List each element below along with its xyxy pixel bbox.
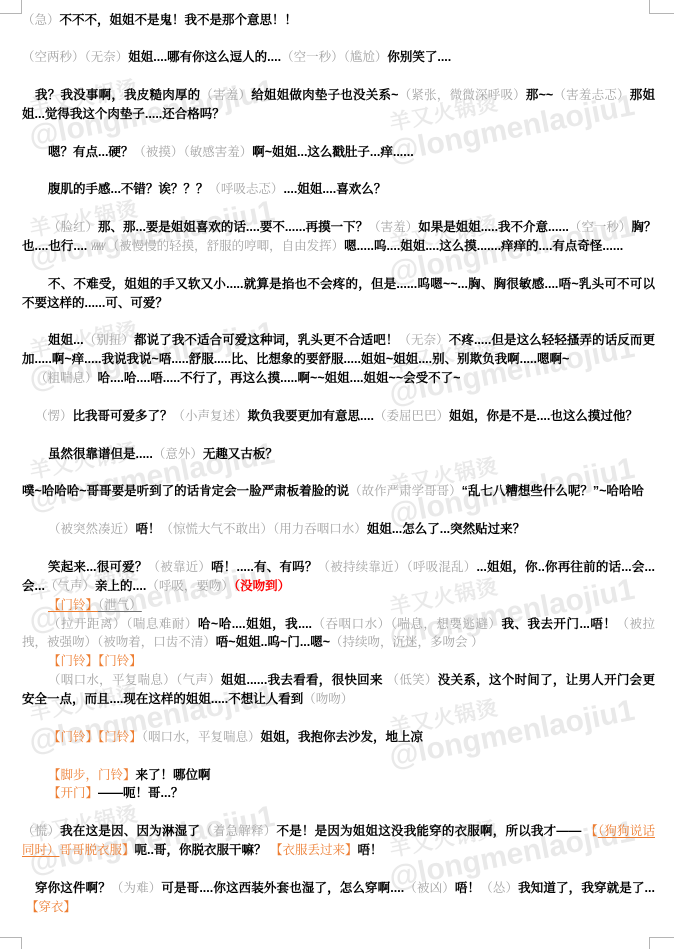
- script-line: （急）不不不，姐姐不是鬼！我不是那个意思！！: [22, 11, 655, 30]
- stage-direction: （为难）: [111, 881, 162, 895]
- dialogue-text: 唔！.....有、有吗？: [211, 560, 317, 574]
- stage-direction: （被慢慢的轻摸，舒服的哼唧，自由发挥）: [107, 239, 345, 253]
- script-line: 安全一点，而且....现在这样的姐姐.....不想让人看到（吻吻）: [22, 690, 655, 709]
- script-line: 拽，被强吻）（被吻着，口齿不清）唔~姐姐..呜~门...嗯~（持续吻，沉迷，多吻…: [22, 633, 655, 652]
- squiggle-mark: \/\/\/\/\/: [91, 242, 107, 253]
- stage-direction: （被突然凑近）: [48, 522, 136, 536]
- dialogue-text: 可是哥....你这西装外套也湿了，怎么穿啊....: [161, 881, 404, 895]
- dialogue-text: 我？我没事啊，我皮糙肉厚的: [35, 88, 200, 102]
- dialogue-text: ...姐姐，你..你再往前的话...会...: [476, 560, 655, 574]
- stage-direction: （慌）: [22, 824, 60, 838]
- stage-direction: （急）: [22, 13, 60, 27]
- dialogue-text: 如果是姐姐.....我不介意......: [418, 220, 569, 234]
- script-line: 笑起来...很可爱？（被靠近）唔！.....有、有吗？（被持续靠近）（呼吸混乱）…: [22, 558, 655, 577]
- script-paragraph: （空两秒）（无奈）姐姐....哪有你这么逗人的....（空一秒）（尴尬）你别笑了…: [22, 48, 655, 67]
- script-line: （脸红）那、那...要是姐姐喜欢的话....要不......再摸一下？（害羞）如…: [22, 218, 655, 237]
- stage-direction: （惊慌大气不敢出）: [161, 522, 274, 536]
- stage-direction: （怂）: [480, 881, 518, 895]
- stage-direction: （被持续靠近）: [318, 560, 407, 574]
- page-corner-mark-bottom-right: [649, 937, 674, 949]
- script-line: （空两秒）（无奈）姐姐....哪有你这么逗人的....（空一秒）（尴尬）你别笑了…: [22, 48, 655, 67]
- stage-direction: （空两秒）: [22, 50, 85, 64]
- stage-direction: （持续吻，沉迷，多吻会 ）: [330, 635, 483, 649]
- stage-direction: （委屈巴巴）: [374, 409, 449, 423]
- script-line: （被突然凑近）唔！（惊慌大气不敢出）（用力吞咽口水）姐姐...怎么了...突然贴…: [22, 520, 655, 539]
- script-paragraph: （脸红）那、那...要是姐姐喜欢的话....要不......再摸一下？（害羞）如…: [22, 218, 655, 256]
- script-line: 不要这样的......可、可爱？: [22, 294, 655, 313]
- dialogue-text: 虽然很靠谱但是.....: [48, 447, 153, 461]
- script-paragraph: 嗯？有点...硬？（被摸）（敏感害羞）啊~姐姐...这么戳肚子...痒.....…: [22, 143, 655, 162]
- dialogue-text: 哈....哈....唔.....不行了，再这么摸.....啊~~姐姐....姐姐…: [98, 371, 461, 385]
- dialogue-text: 无趣又古板？: [203, 447, 278, 461]
- dialogue-text: 穿你这件啊？: [35, 881, 111, 895]
- dialogue-text: 姐...觉得我这个肉垫子.....还合格吗？: [22, 107, 225, 121]
- script-paragraph: 【脚步，门铃】来了！哪位啊 【开门】——呃！哥...？: [22, 766, 655, 804]
- script-line: 【门铃】（泄气）: [22, 596, 655, 615]
- script-line: 姐姐...（别扭）都说了我不适合可爱这种词，乳头更不合适吧！（无奈）不疼....…: [22, 331, 655, 350]
- stage-direction: （愣）: [35, 409, 73, 423]
- page-corner-mark-bottom-left: [0, 937, 22, 949]
- stage-direction: （脸红）: [48, 220, 98, 234]
- stage-direction: （意外）: [153, 447, 203, 461]
- dialogue-text: 姐姐....哪有你这么逗人的....: [128, 50, 281, 64]
- dialogue-text: 你别笑了....: [387, 50, 451, 64]
- stage-direction: （小声复述）: [173, 409, 248, 423]
- dialogue-text: 给姐姐做肉垫子也没关系~: [251, 88, 398, 102]
- stage-direction: （被靠近）: [148, 560, 212, 574]
- dialogue-text: 安全一点，而且....现在这样的姐姐.....不想让人看到: [22, 692, 303, 706]
- dialogue-text: 加.....啊~痒.....我说我说~唔.....舒服.....比、比想象的要舒…: [22, 352, 569, 366]
- script-line: 腹肌的手感...不错？诶？？？（呼吸忐忑）....姐姐....喜欢么？: [22, 180, 655, 199]
- dialogue-text: 腹肌的手感...不错？诶？？？: [48, 182, 208, 196]
- script-paragraph: 【门铃】【门铃】（咽口水，平复喘息）姐姐，我抱你去沙发，地上凉: [22, 728, 655, 747]
- script-paragraph: 我？我没事啊，我皮糙肉厚的（害羞）给姐姐做肉垫子也没关系~（紧张，微微深呼吸）那…: [22, 86, 655, 124]
- stage-direction: （着急解释）: [200, 824, 276, 838]
- dialogue-text: 姐姐...怎么了...突然贴过来？: [367, 522, 525, 536]
- dialogue-text: 唔~姐姐..呜~门...嗯~: [216, 635, 330, 649]
- stage-direction: （害羞）: [200, 88, 251, 102]
- sound-effect-cue: 【门铃】: [98, 654, 142, 668]
- dialogue-text: 不不不，姐姐不是鬼！我不是那个意思！！: [60, 13, 298, 27]
- stage-direction: （呼吸，要吻）: [146, 579, 234, 593]
- dialogue-text: 来了！哪位啊: [136, 768, 211, 782]
- dialogue-text: ....姐姐....喜欢么？: [283, 182, 386, 196]
- sound-effect-cue: 【开门】: [48, 786, 98, 800]
- script-line: 虽然很靠谱但是.....（意外）无趣又古板？: [22, 445, 655, 464]
- dialogue-text: 不疼.....但是这么轻轻搔弄的话反而更: [449, 333, 655, 347]
- script-paragraph: （慌）我在这是因、因为淋湿了（着急解释）不是！是因为姐姐这没我能穿的衣服啊，所以…: [22, 822, 655, 860]
- script-line: 我？我没事啊，我皮糙肉厚的（害羞）给姐姐做肉垫子也没关系~（紧张，微微深呼吸）那…: [22, 86, 655, 105]
- stage-direction: （粗喘息）: [35, 371, 98, 385]
- dialogue-text: 不是！是因为姐姐这没我能穿的衣服啊，所以我才——: [276, 824, 585, 838]
- stage-direction: （空一秒）: [281, 50, 344, 64]
- dialogue-text: 都说了我不适合可爱这种词，乳头更不合适吧！: [134, 333, 398, 347]
- dialogue-text: 那、那...要是姐姐喜欢的话....要不......再摸一下？: [98, 220, 368, 234]
- script-paragraph: 噗~哈哈哈~哥哥要是听到了的话肯定会一脸严肃板着脸的说（故作严肃学哥哥）“乱七八…: [22, 482, 655, 501]
- dialogue-text: 也....也行....: [22, 239, 91, 253]
- sound-effect-cue: （狗狗说话: [598, 824, 655, 838]
- dialogue-text: 不、不难受，姐姐的手又软又小.....就算是掐也不会疼的，但是......呜嗯~…: [48, 277, 655, 291]
- stage-direction: （无奈）: [398, 333, 448, 347]
- sound-effect-cue: 【门铃】: [98, 730, 142, 744]
- dialogue-text: 姐姐......我去看看，很快回来: [221, 673, 387, 687]
- dialogue-text: 唔！: [136, 522, 161, 536]
- script-paragraph: （愣）比我哥可爱多了？（小声复述）欺负我要更加有意思....（委屈巴巴）姐姐，你…: [22, 407, 655, 426]
- stage-direction: （被吻着，口齿不清）: [97, 635, 216, 649]
- dialogue-text: 没关系，这个时间了，让男人开门会更: [438, 673, 655, 687]
- script-body: （急）不不不，姐姐不是鬼！我不是那个意思！！ （空两秒）（无奈）姐姐....哪有…: [22, 11, 655, 936]
- stage-direction: （被摸）: [133, 145, 183, 159]
- dialogue-text: 唔！: [357, 843, 382, 857]
- stage-direction: （用力吞咽口水）: [273, 522, 367, 536]
- stage-direction: 拽，被强吻）: [22, 635, 97, 649]
- stage-direction: （呼吸忐忑）: [208, 182, 283, 196]
- sound-effect-cue: 【脚步，门铃】: [48, 768, 136, 782]
- script-paragraph: 腹肌的手感...不错？诶？？？（呼吸忐忑）....姐姐....喜欢么？: [22, 180, 655, 199]
- dialogue-text: 噗~哈哈哈~哥哥要是听到了的话肯定会一脸严肃板着脸的说: [22, 484, 349, 498]
- script-line: （拉开距离）（喘息难耐）哈~哈....姐姐，我....（吞咽口水）（喘息，想要逃…: [22, 615, 655, 634]
- script-line: 【开门】——呃！哥...？: [22, 784, 655, 803]
- document-page: 羊又火锅烫@longmenlaojiu1 羊又火锅烫@longmenlaojiu…: [0, 0, 674, 949]
- stage-direction: （尴尬）: [344, 50, 388, 64]
- script-paragraph: 不、不难受，姐姐的手又软又小.....就算是掐也不会疼的，但是......呜嗯~…: [22, 275, 655, 313]
- dialogue-text: 姐姐...: [48, 333, 84, 347]
- stage-direction: （空一秒）: [569, 220, 632, 234]
- dialogue-text: 不要这样的......可、可爱？: [22, 296, 168, 310]
- dialogue-text: 那姐: [630, 88, 655, 102]
- script-line: 也....也行.... \/\/\/\/\/（被慢慢的轻摸，舒服的哼唧，自由发挥…: [22, 237, 655, 256]
- stage-direction: （气声）: [45, 579, 95, 593]
- dialogue-text: 姐姐，我抱你去沙发，地上凉: [261, 730, 424, 744]
- sound-effect-cue: 【门铃】: [48, 730, 98, 744]
- dialogue-text: “乱七八糟想些什么呢？”~哈哈哈: [462, 484, 644, 498]
- stage-direction: （吞咽口水）: [312, 617, 391, 631]
- dialogue-text: 欺负我要更加有意思....: [248, 409, 374, 423]
- script-paragraph: （被突然凑近）唔！（惊慌大气不敢出）（用力吞咽口水）姐姐...怎么了...突然贴…: [22, 520, 655, 539]
- emphasis-note: （没吻到）: [234, 579, 290, 593]
- stage-direction: （低笑）: [387, 673, 438, 687]
- dialogue-text: ——呃！哥...？: [98, 786, 183, 800]
- stage-direction: （拉开距离）: [48, 617, 126, 631]
- script-line: （粗喘息）哈....哈....唔.....不行了，再这么摸.....啊~~姐姐.…: [22, 369, 655, 388]
- script-line: 【穿衣】: [22, 898, 655, 917]
- script-line: 嗯？有点...硬？（被摸）（敏感害羞）啊~姐姐...这么戳肚子...痒.....…: [22, 143, 655, 162]
- stage-direction: （被凶）: [404, 881, 455, 895]
- script-line: 同时）哥哥脱衣服】呃..哥，你脱衣服干嘛？ 【衣服丢过来】唔！: [22, 841, 655, 860]
- stage-direction: （无奈）: [85, 50, 129, 64]
- script-line: 不、不难受，姐姐的手又软又小.....就算是掐也不会疼的，但是......呜嗯~…: [22, 275, 655, 294]
- page-corner-mark-top-left: [0, 0, 22, 14]
- dialogue-text: 哈~哈....姐姐，我....: [198, 617, 312, 631]
- script-line: （愣）比我哥可爱多了？（小声复述）欺负我要更加有意思....（委屈巴巴）姐姐，你…: [22, 407, 655, 426]
- stage-direction: （害羞忐忑）: [553, 88, 630, 102]
- script-line: 【门铃】【门铃】: [22, 652, 655, 671]
- stage-direction: （敏感害羞）: [183, 145, 252, 159]
- stage-direction: （喘息难耐）: [126, 617, 198, 631]
- dialogue-text: 会...: [22, 579, 45, 593]
- dialogue-text: 呃..哥，你脱衣服干嘛？: [135, 843, 270, 857]
- dialogue-text: 唔！: [455, 881, 480, 895]
- sound-effect-cue: 【门铃】: [48, 598, 98, 612]
- script-line: 噗~哈哈哈~哥哥要是听到了的话肯定会一脸严肃板着脸的说（故作严肃学哥哥）“乱七八…: [22, 482, 655, 501]
- script-line: （咽口水，平复喘息）（气声）姐姐......我去看看，很快回来 （低笑）没关系，…: [22, 671, 655, 690]
- dialogue-text: 我知道了，我穿就是了...: [518, 881, 655, 895]
- script-line: 穿你这件啊？（为难）可是哥....你这西装外套也湿了，怎么穿啊....（被凶）唔…: [22, 879, 655, 898]
- script-paragraph: 姐姐...（别扭）都说了我不适合可爱这种词，乳头更不合适吧！（无奈）不疼....…: [22, 331, 655, 388]
- sound-effect-cue: 【穿衣】: [26, 900, 76, 914]
- stage-direction: （被拉: [616, 617, 655, 631]
- stage-direction: （呼吸混乱）: [406, 560, 476, 574]
- stage-direction: （气声）: [176, 673, 221, 687]
- script-line: （慌）我在这是因、因为淋湿了（着急解释）不是！是因为姐姐这没我能穿的衣服啊，所以…: [22, 822, 655, 841]
- sound-effect-cue: 同时）: [22, 843, 60, 857]
- dialogue-text: 嗯？有点...硬？: [48, 145, 133, 159]
- dialogue-text: 嗯.....呜....姐姐....这么摸.......痒痒的....有点奇怪..…: [344, 239, 623, 253]
- stage-direction: （泄气）: [98, 598, 142, 612]
- stage-direction: （紧张，微微深呼吸）: [398, 88, 525, 102]
- script-paragraph: 穿你这件啊？（为难）可是哥....你这西装外套也湿了，怎么穿啊....（被凶）唔…: [22, 879, 655, 917]
- sound-effect-cue: 【: [585, 824, 598, 838]
- script-line: 姐...觉得我这个肉垫子.....还合格吗？: [22, 105, 655, 124]
- sound-effect-cue: 哥哥脱衣服】: [60, 843, 135, 857]
- dialogue-text: 亲上的....: [95, 579, 146, 593]
- stage-direction: （吻吻）: [303, 692, 353, 706]
- script-line: 加.....啊~痒.....我说我说~唔.....舒服.....比、比想象的要舒…: [22, 350, 655, 369]
- stage-direction: （咽口水，平复喘息）: [48, 673, 176, 687]
- script-line: 【门铃】【门铃】（咽口水，平复喘息）姐姐，我抱你去沙发，地上凉: [22, 728, 655, 747]
- stage-direction: （喘息，想要逃避）: [391, 617, 502, 631]
- dialogue-text: 那~~: [526, 88, 553, 102]
- dialogue-text: 我、我去开门...唔！: [501, 617, 616, 631]
- dialogue-text: 啊~姐姐...这么戳肚子...痒......: [252, 145, 413, 159]
- script-paragraph: 虽然很靠谱但是.....（意外）无趣又古板？: [22, 445, 655, 464]
- script-paragraph: 笑起来...很可爱？（被靠近）唔！.....有、有吗？（被持续靠近）（呼吸混乱）…: [22, 558, 655, 709]
- dialogue-text: 比我哥可爱多了？: [73, 409, 173, 423]
- dialogue-text: 姐姐，你是不是....也这么摸过他？: [449, 409, 638, 423]
- stage-direction: （咽口水，平复喘息）: [142, 730, 261, 744]
- stage-direction: （别扭）: [84, 333, 134, 347]
- dialogue-text: 胸？: [631, 220, 656, 234]
- dialogue-text: 我在这是因、因为淋湿了: [60, 824, 200, 838]
- sound-effect-cue: 【门铃】: [48, 654, 98, 668]
- script-line: 会...（气声）亲上的....（呼吸，要吻）（没吻到）: [22, 577, 655, 596]
- script-line: 【脚步，门铃】来了！哪位啊: [22, 766, 655, 785]
- stage-direction: （害羞）: [368, 220, 418, 234]
- dialogue-text: 笑起来...很可爱？: [48, 560, 148, 574]
- stage-direction: （故作严肃学哥哥）: [349, 484, 462, 498]
- sound-effect-cue: 【衣服丢过来】: [270, 843, 358, 857]
- script-paragraph: （急）不不不，姐姐不是鬼！我不是那个意思！！: [22, 11, 655, 30]
